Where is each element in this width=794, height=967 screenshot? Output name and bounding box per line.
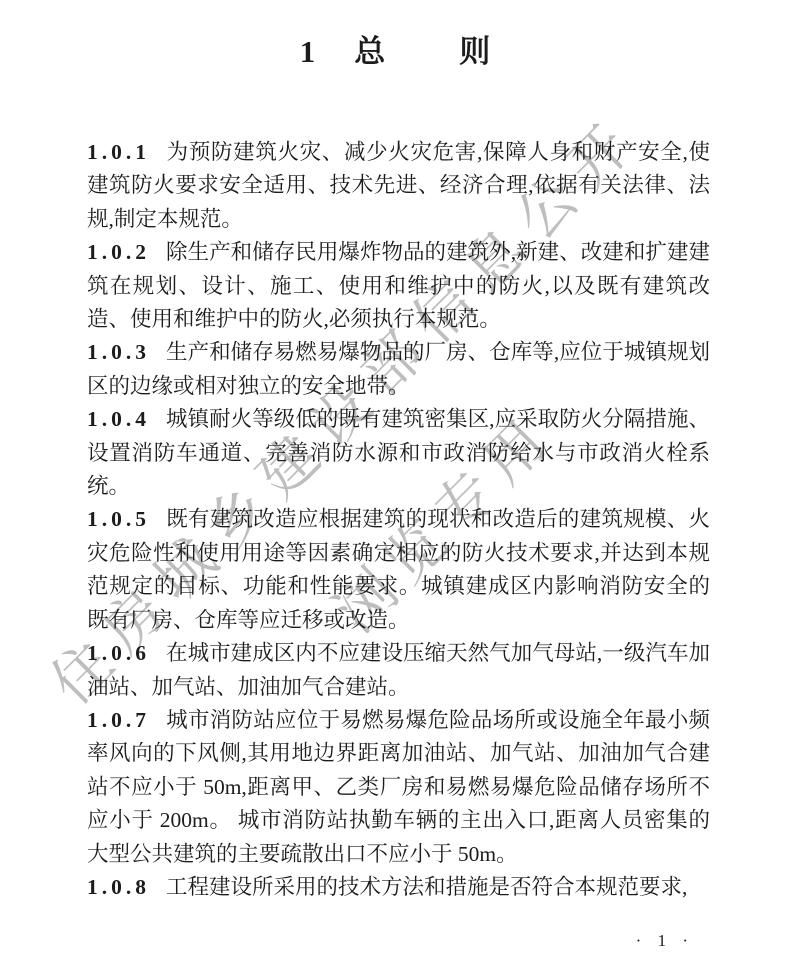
clause-1-0-2: 1.0.2除生产和储存民用爆炸物品的建筑外,新建、改建和扩建建筑在规划、设计、施… [87, 236, 710, 336]
clause-text: 既有建筑改造应根据建筑的现状和改造后的建筑规模、火灾危险性和使用用途等因素确定相… [87, 507, 710, 631]
chapter-title: 1 总 则 [0, 26, 794, 71]
document-body: 1.0.1为预防建筑火灾、减少火灾危害,保障人身和财产安全,使建筑防火要求安全适… [87, 136, 710, 904]
clause-number: 1.0.1 [87, 140, 150, 164]
clause-1-0-7: 1.0.7城市消防站应位于易燃易爆危险品场所或设施全年最小频率风向的下风侧,其用… [87, 704, 710, 871]
clause-text: 生产和储存易燃易爆物品的厂房、仓库等,应位于城镇规划区的边缘或相对独立的安全地带… [87, 340, 710, 397]
clause-text: 工程建设所采用的技术方法和措施是否符合本规范要求, [166, 875, 687, 899]
document-page: 住房城乡建设部信息公开 浏览专用 1 总 则 1.0.1为预防建筑火灾、减少火灾… [0, 0, 794, 967]
clause-number: 1.0.8 [87, 875, 150, 899]
clause-number: 1.0.4 [87, 407, 150, 431]
clause-1-0-1: 1.0.1为预防建筑火灾、减少火灾危害,保障人身和财产安全,使建筑防火要求安全适… [87, 136, 710, 236]
clause-text: 城市消防站应位于易燃易爆危险品场所或设施全年最小频率风向的下风侧,其用地边界距离… [87, 708, 710, 866]
clause-text: 在城市建成区内不应建设压缩天然气加气母站,一级汽车加油站、加气站、加油加气合建站… [87, 641, 710, 698]
clause-text: 为预防建筑火灾、减少火灾危害,保障人身和财产安全,使建筑防火要求安全适用、技术先… [87, 140, 710, 231]
clause-1-0-6: 1.0.6在城市建成区内不应建设压缩天然气加气母站,一级汽车加油站、加气站、加油… [87, 637, 710, 704]
clause-1-0-5: 1.0.5既有建筑改造应根据建筑的现状和改造后的建筑规模、火灾危险性和使用用途等… [87, 503, 710, 637]
clause-number: 1.0.2 [87, 240, 150, 264]
clause-1-0-8: 1.0.8工程建设所采用的技术方法和措施是否符合本规范要求, [87, 871, 710, 904]
clause-1-0-3: 1.0.3生产和储存易燃易爆物品的厂房、仓库等,应位于城镇规划区的边缘或相对独立… [87, 336, 710, 403]
clause-number: 1.0.5 [87, 507, 150, 531]
clause-number: 1.0.7 [87, 708, 150, 732]
clause-1-0-4: 1.0.4城镇耐火等级低的既有建筑密集区,应采取防火分隔措施、设置消防车通道、完… [87, 403, 710, 503]
clause-number: 1.0.3 [87, 340, 150, 364]
clause-text: 除生产和储存民用爆炸物品的建筑外,新建、改建和扩建建筑在规划、设计、施工、使用和… [87, 240, 710, 331]
clause-number: 1.0.6 [87, 641, 150, 665]
page-number: · 1 · [636, 931, 694, 951]
clause-text: 城镇耐火等级低的既有建筑密集区,应采取防火分隔措施、设置消防车通道、完善消防水源… [87, 407, 710, 498]
